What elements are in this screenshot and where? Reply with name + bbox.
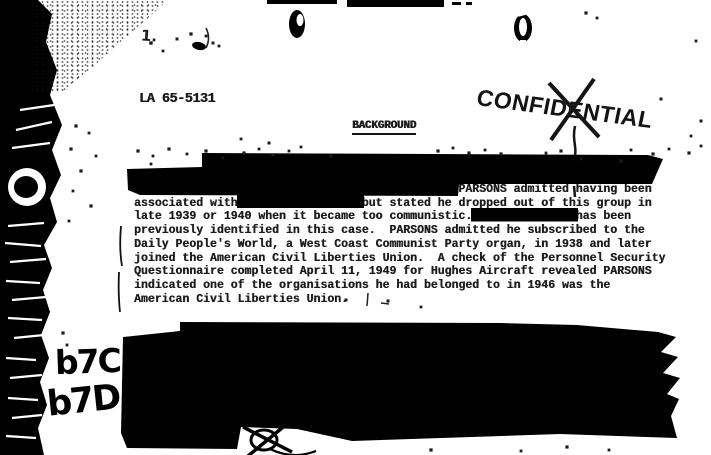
redaction-block-bottom (121, 322, 680, 449)
stray-pen-marks (367, 293, 389, 306)
top-edge-artifacts (267, 0, 472, 7)
document-page: LA 65-5131 BACKGROUND PARSONS admitted h… (0, 0, 711, 455)
dust-specks (0, 0, 2, 2)
margin-code-b7c: b7C (54, 341, 120, 382)
ink-smudge (191, 41, 206, 52)
redaction-block-top (127, 153, 663, 196)
ink-blot-2 (514, 11, 532, 44)
stray-bracket-mark (206, 28, 209, 48)
hole-punch-center-blot (14, 176, 38, 198)
redaction-inline-2 (471, 208, 578, 222)
ink-blot-1 (289, 10, 305, 38)
margin-code-b7d: b7D (45, 377, 121, 424)
redaction-inline-1 (237, 195, 364, 208)
margin-pen-line (119, 226, 122, 312)
